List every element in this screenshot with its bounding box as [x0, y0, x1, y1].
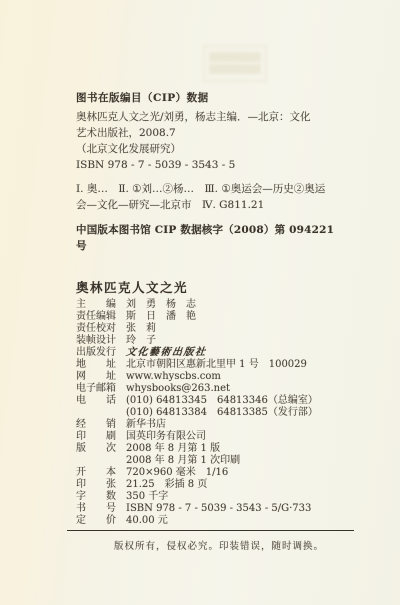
colophon-row-phone-1: 电 话 (010) 64813345 64813346（总编室） — [76, 395, 376, 407]
row-value: 2008 年 8 月第 1 版 — [126, 443, 220, 455]
row-value: ISBN 978 - 7 - 5039 - 3543 - 5/G·733 — [126, 503, 311, 515]
stamp-blot — [209, 52, 261, 62]
colophon-row-price: 定 价 40.00 元 — [76, 515, 376, 527]
row-value: 北京市朝阳区惠新北里甲 1 号 100029 — [126, 359, 307, 371]
colophon-row-address: 地 址 北京市朝阳区惠新北里甲 1 号 100029 — [76, 359, 376, 371]
row-value: 2008 年 8 月第 1 次印刷 — [126, 455, 240, 467]
row-value: 玲 子 — [126, 335, 156, 347]
row-value: 斯 日 潘 艳 — [126, 311, 196, 323]
cip-class-line: Ⅰ. 奥… Ⅱ. ①刘…②杨… Ⅲ. ①奥运会—历史②奥运 — [76, 181, 348, 197]
row-label: 网 址 — [76, 371, 116, 383]
colophon-row-designer: 装帧设计 玲 子 — [76, 335, 376, 347]
colophon-row-proofreader: 责任校对 张 莉 — [76, 323, 376, 335]
row-value: whysbooks@263.net — [126, 383, 230, 395]
cip-line: 奥林匹克人文之光/刘勇，杨志主编．—北京：文化 — [76, 109, 348, 125]
row-label: 版 次 — [76, 443, 116, 455]
colophon-row-website: 网 址 www.whyscbs.com — [76, 371, 376, 383]
colophon-row-publisher: 出版发行 文化藝術出版社 — [76, 347, 376, 359]
row-label: 开 本 — [76, 467, 116, 479]
colophon-row-isbn: 书 号 ISBN 978 - 7 - 5039 - 3543 - 5/G·733 — [76, 503, 376, 515]
cip-line: （北京文化发展研究） — [76, 141, 348, 157]
row-value: 21.25 彩插 8 页 — [126, 479, 207, 491]
colophon-row-phone-2: (010) 64813384 64813385（发行部） — [76, 407, 376, 419]
colophon-row-responsible-editor: 责任编辑 斯 日 潘 艳 — [76, 311, 376, 323]
row-value: 350 千字 — [126, 491, 168, 503]
row-value: 刘 勇 杨 志 — [126, 299, 196, 311]
row-label: 印 刷 — [76, 431, 116, 443]
book-copyright-page: 图书在版编目（CIP）数据 奥林匹克人文之光/刘勇，杨志主编．—北京：文化 艺术… — [0, 0, 400, 605]
footer-divider — [67, 530, 354, 531]
colophon-row-edition-2: 2008 年 8 月第 1 次印刷 — [76, 455, 376, 467]
cip-record-number: 中国版本图书馆 CIP 数据核字（2008）第 094221 号 — [76, 222, 348, 254]
colophon-table: 主 编 刘 勇 杨 志 责任编辑 斯 日 潘 艳 责任校对 张 莉 装帧设计 玲… — [76, 299, 376, 527]
cip-class-line: 会—文化—研究—北京市 Ⅳ. G811.21 — [76, 197, 348, 213]
row-label: 主 编 — [76, 299, 116, 311]
cip-line: 艺术出版社，2008.7 — [76, 125, 348, 141]
colophon-row-format: 开 本 720×960 毫米 1/16 — [76, 467, 376, 479]
book-title: 奥林匹克人文之光 — [76, 278, 188, 296]
cip-block: 图书在版编目（CIP）数据 奥林匹克人文之光/刘勇，杨志主编．—北京：文化 艺术… — [76, 90, 348, 254]
row-label: 责任校对 — [76, 323, 116, 335]
row-label: 责任编辑 — [76, 311, 116, 323]
row-label: 电 话 — [76, 395, 116, 407]
publisher-logotype: 文化藝術出版社 — [125, 347, 207, 359]
row-value: 720×960 毫米 1/16 — [126, 467, 228, 479]
row-label — [76, 407, 116, 419]
colophon-row-printer: 印 刷 国英印务有限公司 — [76, 431, 376, 443]
colophon-row-email: 电子邮箱 whysbooks@263.net — [76, 383, 376, 395]
row-value: www.whyscbs.com — [126, 371, 221, 383]
row-value: (010) 64813384 64813385（发行部） — [126, 407, 318, 419]
row-value: 新华书店 — [126, 419, 166, 431]
row-value: 张 莉 — [126, 323, 156, 335]
stamp-blot — [209, 64, 261, 74]
colophon-row-sheets: 印 张 21.25 彩插 8 页 — [76, 479, 376, 491]
faint-stamp-watermark — [203, 45, 267, 82]
row-label: 书 号 — [76, 503, 116, 515]
row-label: 经 销 — [76, 419, 116, 431]
cip-classification: Ⅰ. 奥… Ⅱ. ①刘…②杨… Ⅲ. ①奥运会—历史②奥运 会—文化—研究—北京… — [76, 181, 348, 213]
row-value: 国英印务有限公司 — [126, 431, 206, 443]
row-label: 出版发行 — [76, 347, 116, 359]
copyright-notice: 版权所有，侵权必究。印装错误，随时调换。 — [114, 538, 324, 552]
colophon-row-distributor: 经 销 新华书店 — [76, 419, 376, 431]
cip-line: ISBN 978 - 7 - 5039 - 3543 - 5 — [76, 157, 348, 173]
cip-heading: 图书在版编目（CIP）数据 — [76, 90, 348, 106]
row-label: 电子邮箱 — [76, 383, 116, 395]
colophon-row-chief-editor: 主 编 刘 勇 杨 志 — [76, 299, 376, 311]
row-label — [76, 455, 116, 467]
row-label: 印 张 — [76, 479, 116, 491]
row-label: 装帧设计 — [76, 335, 116, 347]
colophon-row-edition-1: 版 次 2008 年 8 月第 1 版 — [76, 443, 376, 455]
row-value: (010) 64813345 64813346（总编室） — [126, 395, 318, 407]
row-label: 字 数 — [76, 491, 116, 503]
row-label: 定 价 — [76, 515, 116, 527]
row-label: 地 址 — [76, 359, 116, 371]
colophon-row-word-count: 字 数 350 千字 — [76, 491, 376, 503]
row-value: 40.00 元 — [126, 515, 168, 527]
